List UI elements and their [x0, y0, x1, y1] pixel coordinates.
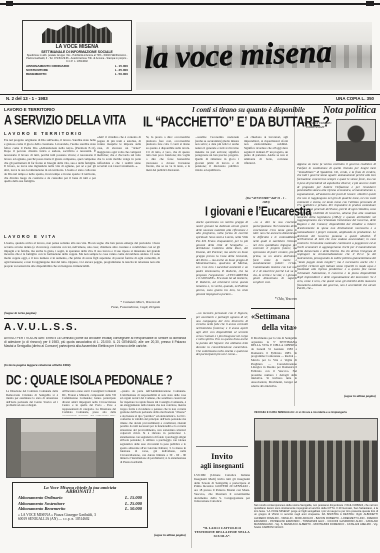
invito-highlight: “IL LAICO CATTOLICO TESTIMONE DELLA FEDE… [194, 526, 250, 548]
column-rule [191, 318, 192, 548]
abbonati-address-2: 60019 SENIGALLIA (AN) — c.c.p. n. 105146… [18, 517, 142, 521]
dc-intro: La Direzione del Comitato Comunale della… [6, 390, 58, 416]
top-rule [0, 3, 380, 5]
rate-label: BENEMERITO [26, 72, 47, 76]
dateline-rule-top [0, 94, 380, 95]
vigili-group-photo [254, 418, 378, 502]
center-article-col-3: ...sarebbe l'economia nazionale (anche s… [195, 136, 239, 206]
avulss-headline: A.V.U.L.S.S. [4, 322, 78, 333]
invito-headline-1: Invito [194, 451, 250, 461]
abbonati-box: La Voce Misena chiede la tua amicizia AB… [12, 482, 148, 528]
eucarestia-signature: * Odo, Vescovo [253, 297, 297, 301]
newspaper-front-page: LA VOCE MISENA SETTIMANALE DI INFORMAZIO… [0, 0, 380, 553]
masthead-etching-image [42, 23, 112, 43]
nota-politica-headline: Nota politica [306, 105, 376, 116]
left-article-headline: A SERVIZIO DELLA VITA [4, 113, 126, 128]
torreggiani-portrait-photo [336, 119, 376, 161]
settimana-body: Il Movimento per la vita di Senigallia o… [251, 337, 297, 407]
left-article-kicker: LAVORO E TERRITORIO [4, 107, 55, 112]
nota-politica-continues: (segue in ultima pagina) [297, 394, 376, 398]
dc-col-2: All'incontro erano stati i Consiglieri C… [62, 390, 116, 416]
eucarestia-col-2: ...ta a dire la sua cosciente partecipaz… [253, 221, 297, 295]
eucarestia-col-1: Anche quest'anno un nutrito gruppo di no… [196, 221, 248, 309]
invito-rule [196, 446, 248, 447]
abbonati-rates: Abbonamento Ordinario L. 15.000 Abboname… [18, 495, 142, 512]
dc-headline: DC : QUALE ISOLA PEDONALE ? [6, 373, 172, 388]
center-article-kicker: I conti si tirano su quanto è disponibil… [192, 106, 305, 114]
nota-politica-body: Appena un mese fa veniva costituito il g… [297, 163, 376, 391]
left-article-body-1: Era nel progetto originario di Dio sull'… [4, 139, 96, 232]
copy-price: UNA COPIA L. 350 [300, 96, 374, 101]
street-photo [6, 418, 114, 478]
center-article-source: (Da “AVVENIRE” dell’11 - 1 - 1983) [244, 196, 288, 204]
banner-panorama-photo: la voce misena [136, 22, 372, 90]
masthead-rates: ABBONAMENTO ORDINARIO L. 15.000 SOSTENIT… [26, 64, 128, 76]
vigili-top-caption: VECCHIA E CARA SENIGALLIA: ci si ritrova… [254, 411, 378, 414]
left-article-continues: (Segue in terza pagina) [4, 311, 37, 315]
scan-artifact-left [6, 1, 13, 6]
scan-artifact-right [366, 1, 374, 6]
newspaper-title-script: la voce misena [143, 32, 372, 76]
masthead-info-box: LA VOCE MISENA SETTIMANALE DI INFORMAZIO… [22, 20, 132, 91]
left-article-signature-2: Fano, Fossombrone, Cagli, Pergola [60, 305, 160, 309]
left-article-body-2: L'uomo, quando arriva al lavoro, non pen… [4, 242, 160, 298]
left-article-subhead-1: LAVORO E TERRITORIO [4, 131, 83, 136]
settimana-headline-1: «Settimana [251, 312, 297, 321]
abbonati-label: Abbonamento Benemerito [18, 506, 65, 512]
abbonati-price: L. 50.000 [125, 506, 142, 512]
avulss-rule [4, 318, 186, 319]
dc-continues: (segue in ultima pagina) [118, 533, 186, 537]
abbonati-row: Abbonamento Benemerito L. 50.000 [18, 506, 142, 512]
rate-price: L. 50.000 [115, 72, 128, 76]
settimana-rule [251, 308, 295, 309]
invito-headline-2: agli insegnanti [194, 462, 250, 470]
center-article-col-1: «Ahi! il cittadino che è contento di pag… [97, 136, 141, 206]
issue-number: N. 2 del 13 - 1 - 1983 [6, 96, 48, 101]
nota-politica-photo-caption: L’OPINIONE DI FABRIZIO TORREGGIANI [297, 122, 333, 158]
eucarestia-col-1-continued: ...un incontro personale con il Signore,… [196, 312, 248, 444]
rate-row: BENEMERITO L. 50.000 [26, 72, 128, 76]
avulss-body: AVVISO PER I VOLONTARI: Entro il 16 Genn… [4, 337, 186, 362]
avulss-note: (In terza pagina leggere relazione attiv… [4, 363, 71, 367]
left-article-subhead-2: LAVORO E VITA [4, 234, 57, 239]
eucarestia-headline: I giovani e l’Eucarestia [205, 204, 311, 219]
invito-body: L'UCIIM (Unione Cattolica Italiana Inseg… [194, 474, 250, 524]
center-article-col-2: Sì, fa presto a dire: occorrerebbe piutt… [146, 136, 190, 206]
settimana-headline-2: della vita» [251, 323, 297, 332]
masthead-box-info: Spedizione in abb. postale Gruppo I bis … [26, 54, 128, 63]
center-article-col-4: ...si chiedono ai lavoratori, agli impre… [244, 136, 288, 194]
vigili-caption: Nel mondo contemporaneo della nostra Sen… [254, 504, 378, 550]
left-article-signature: * Costanzo Micci, Vescovo di [60, 300, 160, 304]
